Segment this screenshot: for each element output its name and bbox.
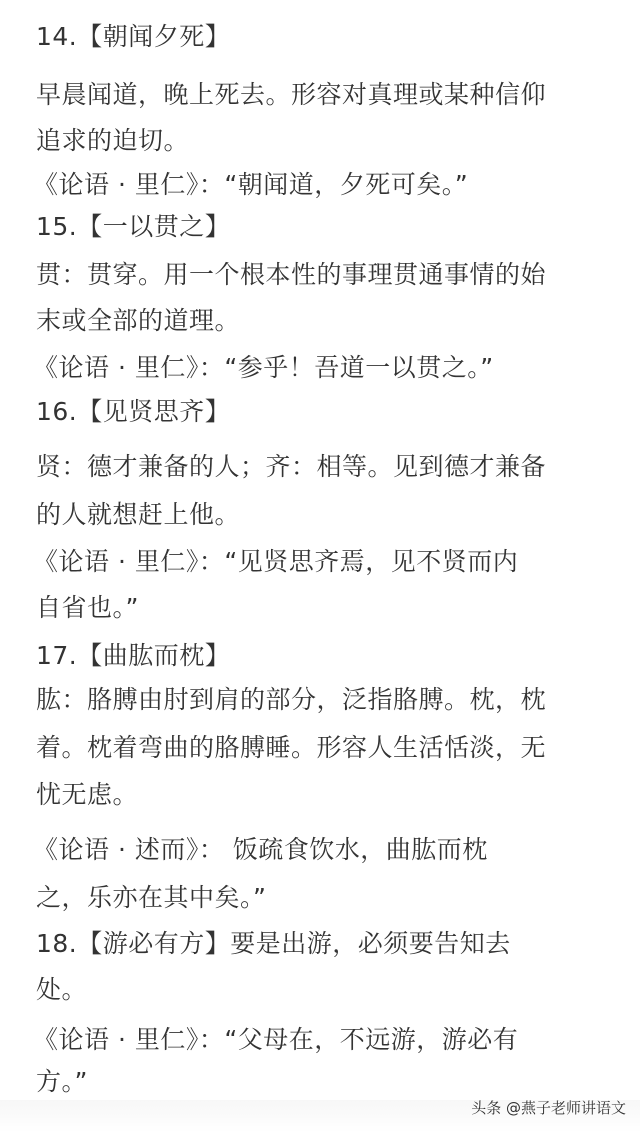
entry-18-source-line-1: 《论语 · 里仁》：“父母在，不远游，游必有: [33, 1025, 518, 1055]
entry-number: 18.: [36, 929, 77, 958]
entry-15-heading: 15.【一以贯之】: [36, 212, 230, 242]
entry-14-heading: 14.【朝闻夕死】: [36, 22, 230, 52]
idiom-inline-explanation: 要是出游，必须要告知去: [230, 929, 511, 958]
idiom-title: 【曲肱而枕】: [77, 641, 230, 670]
entry-16-explanation-line-2: 的人就想赶上他。: [36, 500, 240, 530]
entry-14-source-line-1: 《论语 · 里仁》：“朝闻道，夕死可矣。”: [33, 170, 468, 200]
entry-17-explanation-line-2: 着。枕着弯曲的胳膊睡。形容人生活恬淡，无: [36, 733, 546, 763]
entry-number: 17.: [36, 641, 77, 670]
entry-17-source-line-1: 《论语 · 述而》： 饭疏食饮水，曲肱而枕: [33, 835, 488, 865]
entry-14-explanation-line-2: 追求的迫切。: [36, 126, 189, 156]
entry-17-explanation-line-1: 肱：胳膊由肘到肩的部分，泛指胳膊。枕，枕: [36, 685, 546, 715]
entry-18-source-line-2: 方。”: [36, 1067, 88, 1097]
entry-18-heading: 18.【游必有方】要是出游，必须要告知去: [36, 929, 511, 959]
entry-number: 15.: [36, 212, 77, 241]
idiom-title: 【一以贯之】: [77, 212, 230, 241]
watermark: 头条 @燕子老师讲语文: [471, 1098, 626, 1118]
entry-15-source-line-1: 《论语 · 里仁》：“参乎！吾道一以贯之。”: [33, 353, 494, 383]
entry-17-source-line-2: 之，乐亦在其中矣。”: [36, 883, 266, 913]
entry-14-explanation-line-1: 早晨闻道，晚上死去。形容对真理或某种信仰: [36, 80, 546, 110]
entry-17-heading: 17.【曲肱而枕】: [36, 641, 230, 671]
entry-17-explanation-line-3: 忧无虑。: [36, 780, 138, 810]
entry-16-heading: 16.【见贤思齐】: [36, 397, 230, 427]
idiom-title: 【见贤思齐】: [77, 397, 230, 426]
entry-16-explanation-line-1: 贤：德才兼备的人；齐：相等。见到德才兼备: [36, 452, 546, 482]
entry-18-explanation-line-1: 处。: [36, 975, 87, 1005]
entry-15-explanation-line-1: 贯：贯穿。用一个根本性的事理贯通事情的始: [36, 260, 546, 290]
entry-15-explanation-line-2: 末或全部的道理。: [36, 306, 240, 336]
entry-16-source-line-2: 自省也。”: [36, 593, 139, 623]
entry-16-source-line-1: 《论语 · 里仁》：“见贤思齐焉，见不贤而内: [33, 547, 518, 577]
entry-number: 16.: [36, 397, 77, 426]
entry-number: 14.: [36, 22, 77, 51]
idiom-title: 【朝闻夕死】: [77, 22, 230, 51]
idiom-title: 【游必有方】: [77, 929, 230, 958]
